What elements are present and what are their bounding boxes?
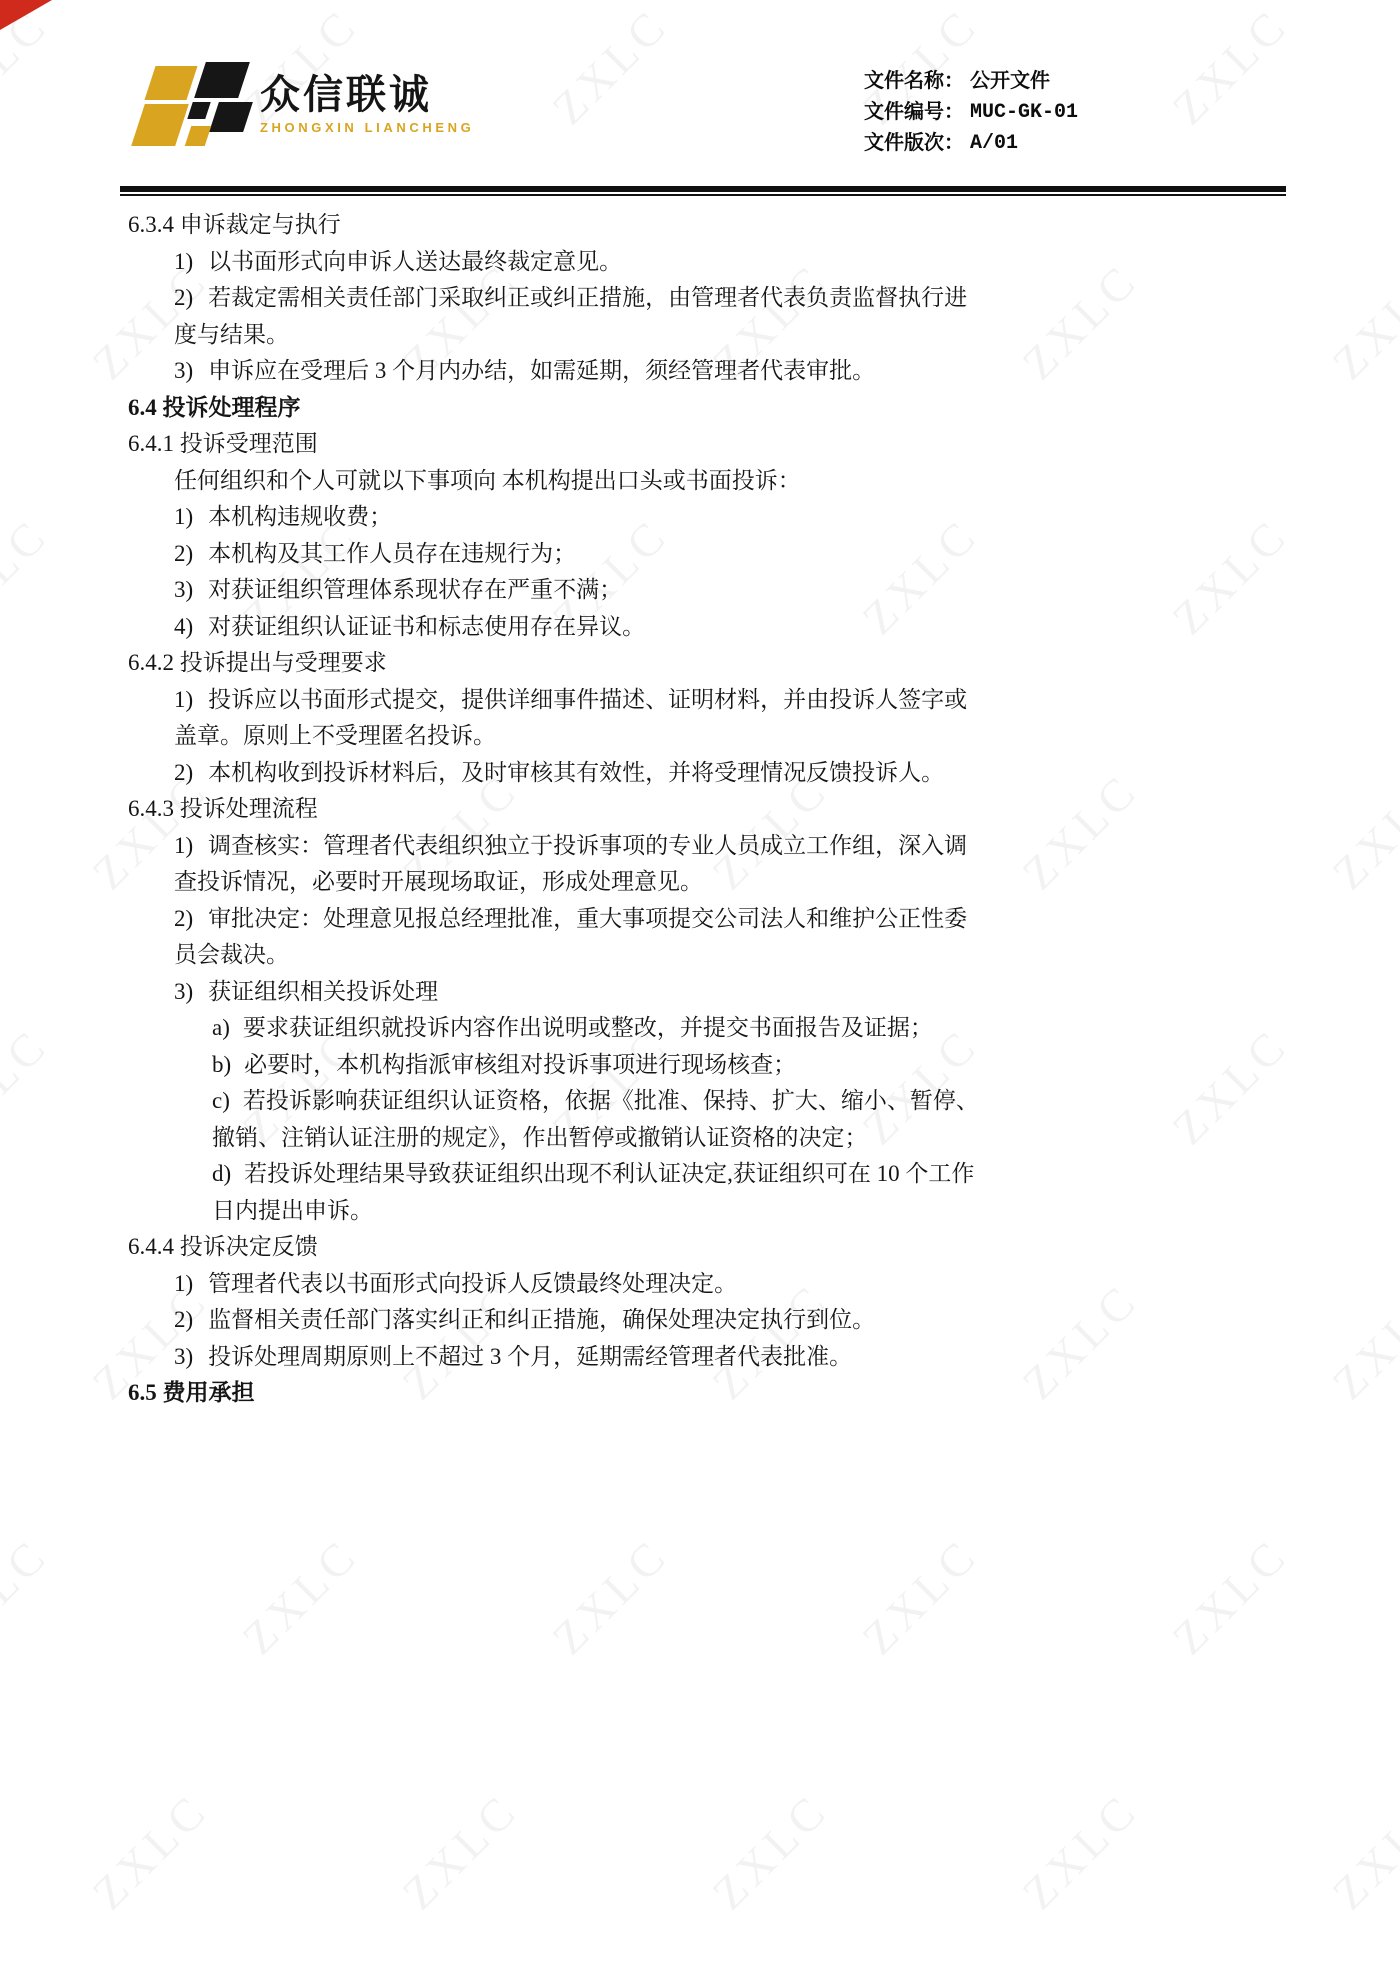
doc-line: 1)投诉应以书面形式提交，提供详细事件描述、证明材料，并由投诉人签字或盖章。原则… — [128, 682, 990, 755]
doc-line: 6.4.1 投诉受理范围 — [128, 426, 990, 463]
watermark-text: ZXLC — [1322, 763, 1400, 900]
logo-shape — [209, 102, 253, 132]
doc-line: 1)本机构违规收费； — [128, 499, 990, 536]
watermark-text: ZXLC — [0, 508, 58, 645]
list-marker: 3) — [174, 358, 193, 383]
list-item-text: 申诉应在受理后 3 个月内办结，如需延期，须经管理者代表审批。 — [208, 358, 875, 383]
list-item-text: 对获证组织管理体系现状存在严重不满； — [208, 577, 622, 602]
header-divider — [120, 186, 1286, 196]
logo-shape — [131, 104, 189, 146]
list-item-text: 本机构违规收费； — [208, 504, 392, 529]
watermark-text: ZXLC — [852, 1528, 989, 1665]
watermark-text: ZXLC — [1322, 1783, 1400, 1920]
company-name-latin: ZHONGXIN LIANCHENG — [260, 121, 474, 134]
doc-name-label: 文件名称： — [864, 66, 964, 97]
watermark-text: ZXLC — [392, 1783, 529, 1920]
list-marker: b) — [212, 1052, 231, 1077]
watermark-text: ZXLC — [1162, 1018, 1299, 1155]
doc-line: 任何组织和个人可就以下事项向 本机构提出口头或书面投诉： — [128, 463, 990, 500]
list-marker: 2) — [174, 541, 193, 566]
list-item-text: 获证组织相关投诉处理 — [208, 979, 438, 1004]
doc-line: 2)本机构收到投诉材料后，及时审核其有效性，并将受理情况反馈投诉人。 — [128, 755, 990, 792]
doc-line: 6.4.3 投诉处理流程 — [128, 791, 990, 828]
list-item-text: 管理者代表以书面形式向投诉人反馈最终处理决定。 — [208, 1271, 737, 1296]
logo-shape — [144, 66, 197, 100]
list-item-text: 投诉处理周期原则上不超过 3 个月，延期需经管理者代表批准。 — [208, 1344, 852, 1369]
doc-line: 2)若裁定需相关责任部门采取纠正或纠正措施，由管理者代表负责监督执行进度与结果。 — [128, 280, 990, 353]
list-item-text: 必要时，本机构指派审核组对投诉事项进行现场核查； — [244, 1052, 796, 1077]
doc-line: 6.4.2 投诉提出与受理要求 — [128, 645, 990, 682]
list-marker: 1) — [174, 833, 193, 858]
list-item-text: 若裁定需相关责任部门采取纠正或纠正措施，由管理者代表负责监督执行进度与结果。 — [174, 285, 967, 347]
header-divider-thick-line — [120, 186, 1286, 192]
doc-info-row-name: 文件名称： 公开文件 — [864, 66, 1078, 97]
doc-version-value: A/01 — [970, 128, 1018, 159]
doc-line: 4)对获证组织认证证书和标志使用存在异议。 — [128, 609, 990, 646]
list-marker: 1) — [174, 687, 193, 712]
watermark-text: ZXLC — [1012, 1783, 1149, 1920]
list-marker: 1) — [174, 249, 193, 274]
logo-shape — [185, 126, 211, 146]
watermark-text: ZXLC — [232, 1528, 369, 1665]
company-logo-icon — [128, 62, 246, 146]
list-marker: 2) — [174, 285, 193, 310]
list-item-text: 本机构及其工作人员存在违规行为； — [208, 541, 576, 566]
document-page: ZXLCZXLCZXLCZXLCZXLCZXLCZXLCZXLCZXLCZXLC… — [0, 0, 1400, 1981]
watermark-text: ZXLC — [0, 1528, 58, 1665]
watermark-text: ZXLC — [1012, 253, 1149, 390]
document-body: 6.3.4 申诉裁定与执行1)以书面形式向申诉人送达最终裁定意见。2)若裁定需相… — [128, 207, 990, 1412]
list-marker: 1) — [174, 504, 193, 529]
doc-line: 3)获证组织相关投诉处理 — [128, 974, 990, 1011]
page-header: 众信联诚 ZHONGXIN LIANCHENG 文件名称： 公开文件 文件编号：… — [128, 62, 1288, 159]
doc-line: a)要求获证组织就投诉内容作出说明或整改，并提交书面报告及证据； — [128, 1010, 990, 1047]
list-marker: d) — [212, 1161, 231, 1186]
corner-fold-mark — [0, 0, 52, 30]
company-name: 众信联诚 — [260, 75, 474, 115]
watermark-text: ZXLC — [702, 1783, 839, 1920]
doc-line: b)必要时，本机构指派审核组对投诉事项进行现场核查； — [128, 1047, 990, 1084]
list-item-text: 若投诉影响获证组织认证资格，依据《批准、保持、扩大、缩小、暂停、撤销、注销认证注… — [212, 1088, 979, 1150]
list-marker: 2) — [174, 906, 193, 931]
doc-line: 6.4 投诉处理程序 — [128, 390, 990, 427]
doc-line: 6.4.4 投诉决定反馈 — [128, 1229, 990, 1266]
doc-line: d)若投诉处理结果导致获证组织出现不利认证决定,获证组织可在 10 个工作日内提… — [128, 1156, 990, 1229]
header-divider-thin-line — [120, 194, 1286, 196]
doc-line: 3)申诉应在受理后 3 个月内办结，如需延期，须经管理者代表审批。 — [128, 353, 990, 390]
list-item-text: 对获证组织认证证书和标志使用存在异议。 — [208, 614, 645, 639]
doc-line: 3)对获证组织管理体系现状存在严重不满； — [128, 572, 990, 609]
watermark-text: ZXLC — [0, 1018, 58, 1155]
watermark-text: ZXLC — [1162, 1528, 1299, 1665]
list-marker: 1) — [174, 1271, 193, 1296]
doc-line: 1)调查核实：管理者代表组织独立于投诉事项的专业人员成立工作组，深入调查投诉情况… — [128, 828, 990, 901]
list-marker: 2) — [174, 760, 193, 785]
doc-line: 2)审批决定：处理意见报总经理批准，重大事项提交公司法人和维护公正性委员会裁决。 — [128, 901, 990, 974]
list-item-text: 以书面形式向申诉人送达最终裁定意见。 — [208, 249, 622, 274]
list-marker: 3) — [174, 979, 193, 1004]
list-item-text: 要求获证组织就投诉内容作出说明或整改，并提交书面报告及证据； — [243, 1015, 933, 1040]
doc-info-row-number: 文件编号： MUC-GK-01 — [864, 97, 1078, 128]
document-info: 文件名称： 公开文件 文件编号： MUC-GK-01 文件版次： A/01 — [864, 66, 1078, 159]
doc-line: 2)监督相关责任部门落实纠正和纠正措施，确保处理决定执行到位。 — [128, 1302, 990, 1339]
list-marker: c) — [212, 1088, 230, 1113]
doc-line: 6.5 费用承担 — [128, 1375, 990, 1412]
watermark-text: ZXLC — [1012, 763, 1149, 900]
list-item-text: 审批决定：处理意见报总经理批准，重大事项提交公司法人和维护公正性委员会裁决。 — [174, 906, 967, 968]
company-logo: 众信联诚 ZHONGXIN LIANCHENG — [128, 62, 474, 146]
watermark-text: ZXLC — [1322, 253, 1400, 390]
list-marker: 4) — [174, 614, 193, 639]
doc-line: 2)本机构及其工作人员存在违规行为； — [128, 536, 990, 573]
list-item-text: 调查核实：管理者代表组织独立于投诉事项的专业人员成立工作组，深入调查投诉情况，必… — [174, 833, 967, 895]
doc-line: 1)以书面形式向申诉人送达最终裁定意见。 — [128, 244, 990, 281]
doc-number-label: 文件编号： — [864, 97, 964, 128]
list-marker: a) — [212, 1015, 230, 1040]
watermark-text: ZXLC — [1322, 1273, 1400, 1410]
watermark-text: ZXLC — [1162, 508, 1299, 645]
list-item-text: 本机构收到投诉材料后，及时审核其有效性，并将受理情况反馈投诉人。 — [208, 760, 944, 785]
list-item-text: 若投诉处理结果导致获证组织出现不利认证决定,获证组织可在 10 个工作日内提出申… — [212, 1161, 974, 1223]
doc-line: 6.3.4 申诉裁定与执行 — [128, 207, 990, 244]
doc-name-value: 公开文件 — [970, 66, 1050, 97]
doc-line: 1)管理者代表以书面形式向投诉人反馈最终处理决定。 — [128, 1266, 990, 1303]
doc-number-value: MUC-GK-01 — [970, 97, 1078, 128]
list-item-text: 监督相关责任部门落实纠正和纠正措施，确保处理决定执行到位。 — [208, 1307, 875, 1332]
list-marker: 3) — [174, 1344, 193, 1369]
list-item-text: 投诉应以书面形式提交，提供详细事件描述、证明材料，并由投诉人签字或盖章。原则上不… — [174, 687, 967, 749]
doc-line: 3)投诉处理周期原则上不超过 3 个月，延期需经管理者代表批准。 — [128, 1339, 990, 1376]
company-name-block: 众信联诚 ZHONGXIN LIANCHENG — [260, 75, 474, 134]
doc-line: c)若投诉影响获证组织认证资格，依据《批准、保持、扩大、缩小、暂停、撤销、注销认… — [128, 1083, 990, 1156]
logo-shape — [194, 62, 250, 98]
watermark-text: ZXLC — [82, 1783, 219, 1920]
doc-info-row-version: 文件版次： A/01 — [864, 128, 1078, 159]
logo-shape — [187, 102, 211, 119]
doc-version-label: 文件版次： — [864, 128, 964, 159]
list-marker: 3) — [174, 577, 193, 602]
watermark-text: ZXLC — [542, 1528, 679, 1665]
watermark-text: ZXLC — [1012, 1273, 1149, 1410]
list-marker: 2) — [174, 1307, 193, 1332]
